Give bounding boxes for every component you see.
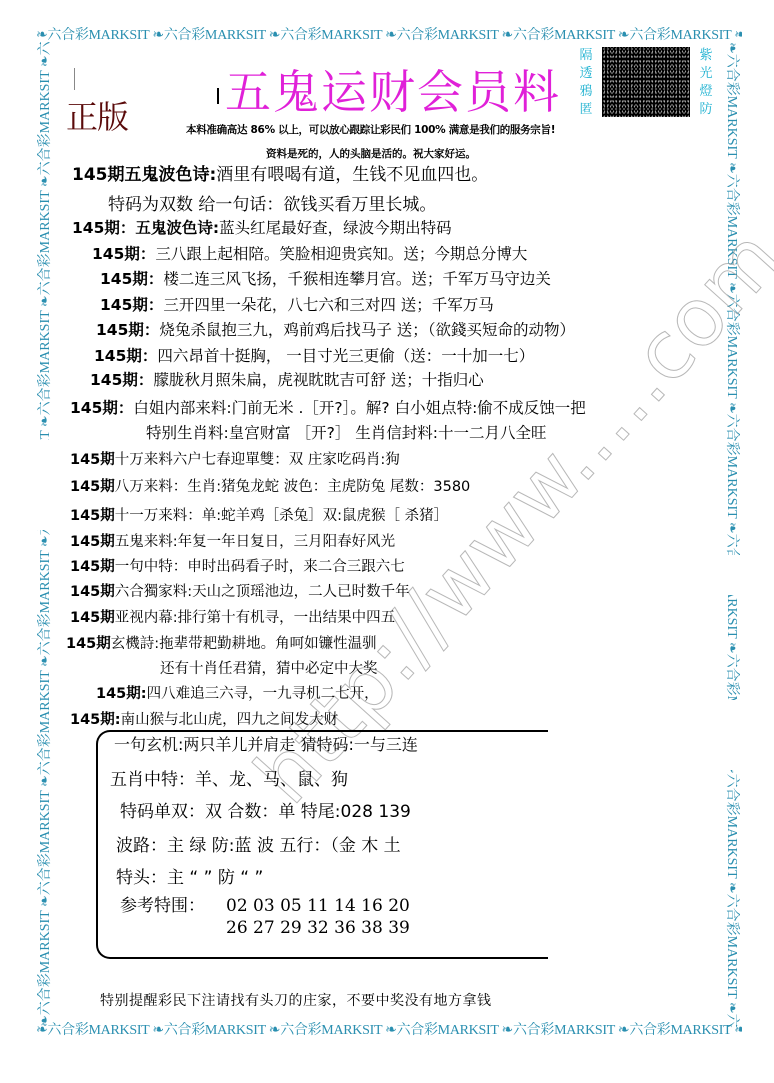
footer-notice: 特别提醒彩民下注请找有头刀的庄家，不要中奖没有地方拿钱 — [100, 990, 492, 1010]
line-text: 六合獨家料:天山之顶瑶池边，二人已时数千年 — [115, 584, 410, 600]
anti-fake-block: 隔 透 鴉 匿 紫 光 燈 防 — [576, 47, 716, 119]
watermark-border-right-text: ❧六合彩MARKSIT ❧六合彩MARKSIT ❧六合彩MARKSIT ❧六合彩… — [722, 42, 740, 1027]
line-text: 四八难追三六寻，一九寻机二七开， — [147, 686, 379, 702]
reference-numbers-label: 参考特围： — [120, 896, 205, 916]
line-prefix: 145期：五鬼波色诗: — [72, 219, 219, 237]
anti-fake-char: 光 — [696, 65, 716, 83]
watermark-border-left: ❧六合彩MARKSIT ❧六合彩MARKSIT ❧六合彩MARKSIT ❧六合彩… — [37, 42, 55, 1027]
prediction-line: 145期十万来料六户七春迎單雙：双 庄家吃码肖:狗 — [70, 450, 400, 470]
prediction-line: 145期一句中特：申时出码看子时，来二合三跟六七 — [70, 557, 405, 577]
prediction-line: 145期十一万来料：单:蛇羊鸡［杀兔］双:鼠虎猴［ 杀猪］ — [70, 506, 448, 526]
line-text: 十一万来料：单:蛇羊鸡［杀兔］双:鼠虎猴［ 杀猪］ — [115, 508, 448, 524]
line-prefix: 145期 — [70, 534, 115, 550]
anti-fake-char: 燈 — [696, 83, 716, 101]
line-text: 酒里有喂喝有道，生钱不见血四也。 — [216, 165, 488, 185]
title-cursor-bar — [217, 88, 219, 104]
prediction-line: 145期五鬼来料:年复一年日复日，三月阳春好风光 — [70, 532, 395, 552]
line-text: 朦胧秋月照朱扁，虎视眈眈吉可舒 送；十指归心 — [153, 371, 483, 389]
line-text: 十万来料六户七春迎單雙：双 庄家吃码肖:狗 — [115, 452, 400, 468]
watermark-border-top: ❧六合彩MARKSIT ❧六合彩MARKSIT ❧六合彩MARKSIT ❧六合彩… — [36, 27, 742, 45]
line-prefix: 145期： — [92, 245, 155, 263]
border-gap-right-1 — [718, 555, 744, 595]
anti-fake-label-left: 隔 透 鴉 匿 — [576, 47, 596, 119]
line-text: 三开四里一朵花，八七六和三对四 送；千军万马 — [163, 296, 493, 314]
line-prefix: 145期： — [96, 321, 159, 339]
line-text: 烧兔杀鼠抱三九，鸡前鸡后找马子 送；（欲錢买短命的动物） — [159, 321, 575, 339]
five-zodiac-line: 五肖中特：羊、龙、马、鼠、狗 — [110, 770, 348, 790]
prediction-line: 145期：烧兔杀鼠抱三九，鸡前鸡后找马子 送；（欲錢买短命的动物） — [96, 320, 575, 340]
prediction-line: 145期：白姐内部来料:门前无米 .［开?］。解? 白小姐点特:偷不成反蚀一把 — [70, 398, 586, 418]
line-text: 特码为双数 给一句话：欲钱买看万里长城。 — [108, 195, 436, 215]
border-gap-right-2 — [718, 700, 744, 770]
wave-line: 波路：主 绿 防:蓝 波 五行：（金 木 土 — [116, 836, 401, 856]
line-prefix: 145期： — [100, 270, 163, 288]
watermark-border-bottom: ❧六合彩MARKSIT ❧六合彩MARKSIT ❧六合彩MARKSIT ❧六合彩… — [36, 1022, 742, 1040]
authentic-badge: 正版 — [66, 92, 128, 138]
watermark-border-left-text: ❧六合彩MARKSIT ❧六合彩MARKSIT ❧六合彩MARKSIT ❧六合彩… — [37, 42, 55, 1027]
prediction-line: 145期亚视内幕:排行第十有机寻，一出结果中四五 — [70, 608, 395, 628]
line-text: 南山猴与北山虎，四九之间发大财 — [121, 712, 339, 728]
line-prefix: 145期： — [70, 399, 133, 417]
prediction-line: 145期：朦胧秋月照朱扁，虎视眈眈吉可舒 送；十指归心 — [90, 370, 484, 390]
line-prefix: 145期 — [70, 508, 115, 524]
anti-fake-char: 紫 — [696, 47, 716, 65]
line-text: 特别生肖料:皇宫财富 ［开?］ 生肖信封料:十一二月八全旺 — [146, 424, 547, 442]
prediction-line: 145期：四六昂首十挺胸， 一目寸光三更偷（送：一十加一七） — [94, 346, 534, 366]
line-prefix: 145期： — [90, 371, 153, 389]
prediction-line: 145期:四八难追三六寻，一九寻机二七开， — [96, 684, 379, 704]
line-text: 五鬼来料:年复一年日复日，三月阳春好风光 — [115, 534, 395, 550]
prediction-line: 145期五鬼波色诗:酒里有喂喝有道，生钱不见血四也。 — [72, 165, 488, 185]
anti-fake-char: 防 — [696, 101, 716, 119]
line-prefix: 145期 — [66, 636, 111, 652]
line-text: 四六昂首十挺胸， 一目寸光三更偷（送：一十加一七） — [157, 347, 534, 365]
line-prefix: 145期 — [70, 479, 115, 495]
line-text: 八万来料：生肖:猪兔龙蛇 波色：主虎防兔 尾数：3580 — [115, 479, 471, 495]
line-text: 玄機詩:拖辈带耙勤耕地。角呵如镰性温驯 — [111, 636, 377, 652]
accuracy-slogan: 本料准确高达 86% 以上，可以放心跟踪让彩民们 100% 满意是我们的服务宗旨… — [186, 122, 555, 137]
anti-fake-noise-image — [602, 47, 690, 117]
line-text: 楼二连三风飞扬，千猴相连攀月宫。送；千军万马守边关 — [163, 270, 551, 288]
line-prefix: 145期: — [96, 686, 147, 702]
line-text: 白姐内部来料:门前无米 .［开?］。解? 白小姐点特:偷不成反蚀一把 — [133, 399, 585, 417]
line-prefix: 145期: — [70, 712, 121, 728]
line-prefix: 145期 — [70, 610, 115, 626]
reference-numbers-row-2: 26 27 29 32 36 38 39 — [226, 918, 410, 938]
prediction-line: 特别生肖料:皇宫财富 ［开?］ 生肖信封料:十一二月八全旺 — [146, 423, 547, 443]
good-luck-slogan: 资料是死的，人的头脑是活的。祝大家好运。 — [266, 146, 476, 161]
line-text: 三八跟上起相陪。笑脸相迎贵宾知。送；今期总分博大 — [155, 245, 527, 263]
anti-fake-label-right: 紫 光 燈 防 — [696, 47, 716, 119]
decorative-tick — [74, 68, 75, 90]
line-prefix: 145期 — [70, 559, 115, 575]
prediction-line: 145期八万来料：生肖:猪兔龙蛇 波色：主虎防兔 尾数：3580 — [70, 477, 470, 497]
anti-fake-char: 匿 — [576, 101, 596, 119]
reference-numbers-row-1: 02 03 05 11 14 16 20 — [226, 896, 410, 916]
line-text: 一句中特：申时出码看子时，来二合三跟六七 — [115, 559, 405, 575]
special-head-line: 特头：主 “ ” 防 “ ” — [116, 868, 263, 888]
line-text: 还有十肖任君猜，猜中必定中大奖 — [160, 661, 378, 677]
prediction-line: 还有十肖任君猜，猜中必定中大奖 — [160, 659, 378, 679]
line-text: 蓝头红尾最好查，绿波今期出特码 — [219, 219, 452, 237]
border-gap-left — [36, 440, 58, 530]
prediction-line: 特码为双数 给一句话：欲钱买看万里长城。 — [108, 195, 436, 215]
line-prefix: 145期： — [100, 296, 163, 314]
anti-fake-char: 鴉 — [576, 83, 596, 101]
line-prefix: 145期 — [70, 584, 115, 600]
line-prefix: 145期： — [94, 347, 157, 365]
page-title: 五鬼运财会员料 — [225, 56, 561, 122]
line-prefix: 145期五鬼波色诗: — [72, 165, 216, 185]
prediction-line: 145期：五鬼波色诗:蓝头红尾最好查，绿波今期出特码 — [72, 218, 452, 238]
odd-even-line: 特码单双：双 合数：单 特尾:028 139 — [120, 802, 411, 822]
prediction-line: 145期六合獨家料:天山之顶瑶池边，二人已时数千年 — [70, 582, 410, 602]
prediction-line: 145期：三开四里一朵花，八七六和三对四 送；千军万马 — [100, 295, 494, 315]
anti-fake-char: 隔 — [576, 47, 596, 65]
prediction-line: 145期玄機詩:拖辈带耙勤耕地。角呵如镰性温驯 — [66, 634, 377, 654]
prediction-line: 145期：三八跟上起相陪。笑脸相迎贵宾知。送；今期总分博大 — [92, 244, 527, 264]
line-text: 亚视内幕:排行第十有机寻，一出结果中四五 — [115, 610, 395, 626]
prediction-line: 145期：楼二连三风飞扬，千猴相连攀月宫。送；千军万马守边关 — [100, 269, 551, 289]
prediction-line: 145期:南山猴与北山虎，四九之间发大财 — [70, 710, 338, 730]
watermark-border-right: ❧六合彩MARKSIT ❧六合彩MARKSIT ❧六合彩MARKSIT ❧六合彩… — [722, 42, 740, 1027]
riddle-line: 一句玄机:两只羊儿并肩走 猜特码:一与三连 — [114, 735, 418, 755]
anti-fake-char: 透 — [576, 65, 596, 83]
line-prefix: 145期 — [70, 452, 115, 468]
